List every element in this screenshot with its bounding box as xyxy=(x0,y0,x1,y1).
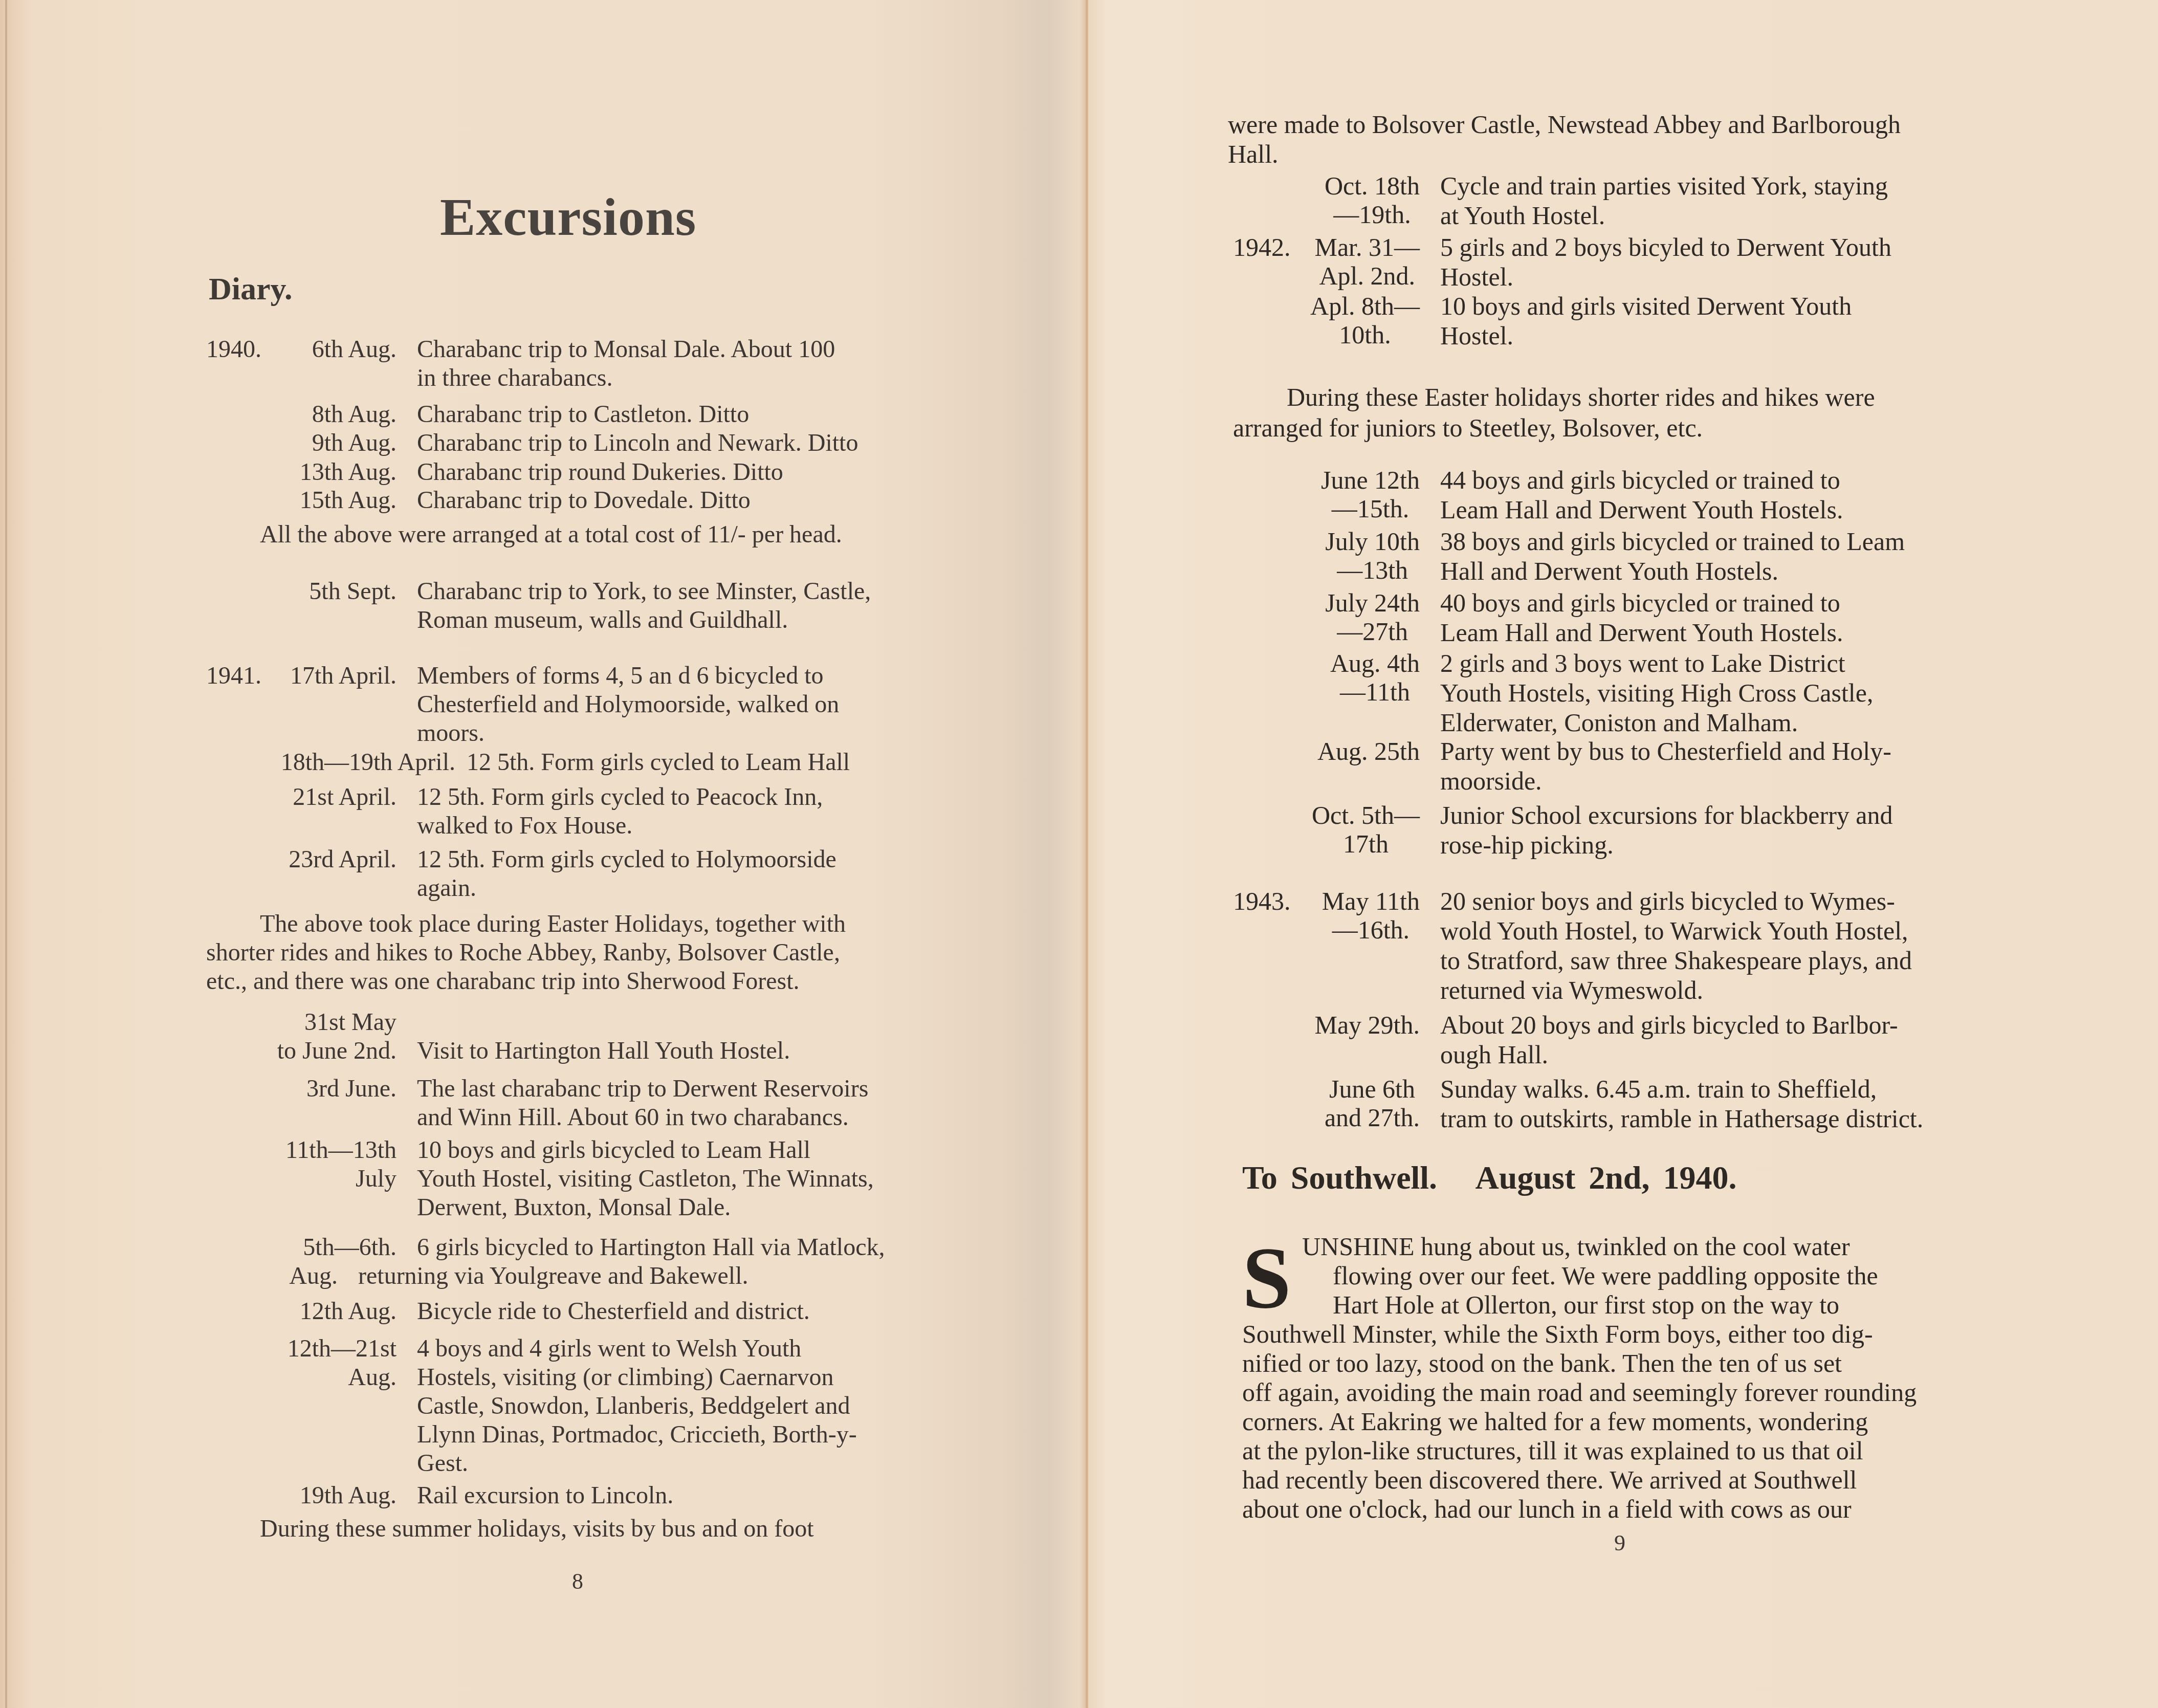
entry-date: July 10th —13th xyxy=(1325,527,1420,584)
entry-date: June 12th —15th. xyxy=(1321,466,1420,523)
story-heading: To Southwell. August 2nd, 1940. xyxy=(1242,1159,1736,1197)
entry-description-line: 12 5th. Form girls cycled to Leam Hall xyxy=(467,748,850,777)
book-edge xyxy=(5,0,7,1708)
entry-date: May 29th. xyxy=(1314,1011,1420,1039)
entry-description-line: at Youth Hostel. xyxy=(1440,201,1605,230)
entry-description-line: Party went by bus to Chesterfield and Ho… xyxy=(1440,737,1891,765)
entry-description-line: moorside. xyxy=(1440,767,1542,795)
entry-description-line: tram to outskirts, ramble in Hathersage … xyxy=(1440,1104,1923,1133)
entry-description-line: 4 boys and 4 girls went to Welsh Youth xyxy=(417,1334,801,1363)
entry-description-line: Castle, Snowdon, Llanberis, Beddgelert a… xyxy=(417,1392,850,1420)
continuation-line: Hall. xyxy=(1228,140,1279,168)
entry-description-line: Charabanc trip to Dovedale. Ditto xyxy=(417,486,751,515)
entry-date: 21st April. xyxy=(293,783,397,812)
entry-description-line: Chesterfield and Holymoorside, walked on xyxy=(417,690,839,719)
entry-description-line: Charabanc trip to Monsal Dale. About 100 xyxy=(417,335,835,364)
entry-description-line: again. xyxy=(417,874,476,903)
entry-description-line: Hall and Derwent Youth Hostels. xyxy=(1440,557,1778,585)
entry-date: June 6th and 27th. xyxy=(1325,1075,1420,1132)
entry-description-line: Charabanc trip to Castleton. Ditto xyxy=(417,400,749,429)
entry-description-line: Youth Hostel, visiting Castleton, The Wi… xyxy=(417,1165,874,1193)
entry-description-line: 44 boys and girls bicycled or trained to xyxy=(1440,466,1840,494)
entry-year: 1941. xyxy=(206,662,261,690)
entry-date: Mar. 31— Apl. 2nd. xyxy=(1314,233,1420,290)
entry-description-line: to Stratford, saw three Shakespeare play… xyxy=(1440,946,1912,975)
entry-description-line: Charabanc trip round Dukeries. Ditto xyxy=(417,458,783,487)
story-line: corners. At Eakring we halted for a few … xyxy=(1242,1407,1868,1436)
entry-description-line: Bicycle ride to Chesterfield and distric… xyxy=(417,1297,810,1326)
continuation-line: were made to Bolsover Castle, Newstead A… xyxy=(1228,110,1901,139)
entry-date: Aug. 25th xyxy=(1317,737,1420,765)
entry-description-line: returning via Youlgreave and Bakewell. xyxy=(358,1262,748,1290)
paragraph-line: etc., and there was one charabanc trip i… xyxy=(206,967,800,996)
entry-date: Aug. 4th —11th xyxy=(1330,649,1420,706)
entry-description-line: 5 girls and 2 boys bicyled to Derwent Yo… xyxy=(1440,233,1891,261)
entry-description-line: rose-hip picking. xyxy=(1440,830,1614,859)
page-number-right: 9 xyxy=(1614,1530,1625,1556)
entry-description-line: 6 girls bicycled to Hartington Hall via … xyxy=(417,1233,885,1262)
entry-description-line: and Winn Hill. About 60 in two charabanc… xyxy=(417,1103,849,1132)
paragraph-line: The above took place during Easter Holid… xyxy=(260,910,846,938)
entry-date: Apl. 8th— 10th. xyxy=(1310,292,1420,349)
entry-date: 5th Sept. xyxy=(309,577,397,606)
entry-description-line: returned via Wymeswold. xyxy=(1440,976,1703,1004)
entry-date: 15th Aug. xyxy=(300,486,397,515)
entry-description-line: wold Youth Hostel, to Warwick Youth Host… xyxy=(1440,916,1908,945)
entry-date: 6th Aug. xyxy=(312,335,397,364)
story-line: about one o'clock, had our lunch in a fi… xyxy=(1242,1495,1852,1523)
entry-description-line: 40 boys and girls bicycled or trained to xyxy=(1440,588,1840,617)
entry-description-line: 20 senior boys and girls bicycled to Wym… xyxy=(1440,887,1895,915)
section-heading-diary: Diary. xyxy=(209,271,293,308)
entry-date: 23rd April. xyxy=(289,845,397,874)
entry-description-line: Gest. xyxy=(417,1449,468,1478)
entry-date: 17th April. xyxy=(290,662,397,690)
story-line: UNSHINE hung about us, twinkled on the c… xyxy=(1302,1232,1850,1261)
entry-date: 18th—19th April. xyxy=(281,748,455,777)
entry-date: 8th Aug. xyxy=(312,400,397,429)
entry-description-line: Leam Hall and Derwent Youth Hostels. xyxy=(1440,495,1843,524)
entry-description-line: The last charabanc trip to Derwent Reser… xyxy=(417,1075,868,1103)
entry-description-line: Cycle and train parties visited York, st… xyxy=(1440,171,1888,200)
entry-description-line: 10 boys and girls visited Derwent Youth xyxy=(1440,292,1852,320)
entry-description-line: Llynn Dinas, Portmadoc, Criccieth, Borth… xyxy=(417,1420,857,1449)
entry-description-line: Youth Hostels, visiting High Cross Castl… xyxy=(1440,678,1873,707)
entry-description-line: 10 boys and girls bicycled to Leam Hall xyxy=(417,1136,810,1165)
entry-description-line: Hostels, visiting (or climbing) Caernarv… xyxy=(417,1363,834,1392)
entry-date: May 11th —16th. xyxy=(1322,887,1420,944)
paragraph-line: shorter rides and hikes to Roche Abbey, … xyxy=(206,938,840,967)
entry-date: 3rd June. xyxy=(306,1075,397,1103)
entry-date: July 24th —27th xyxy=(1325,588,1420,646)
entry-date: 9th Aug. xyxy=(312,429,397,457)
story-line: had recently been discovered there. We a… xyxy=(1242,1465,1857,1494)
entry-date: Oct. 5th— 17th xyxy=(1312,801,1420,858)
entry-date: Oct. 18th —19th. xyxy=(1325,171,1420,229)
story-line: flowing over our feet. We were paddling … xyxy=(1333,1261,1878,1290)
entry-description-line: Hostel. xyxy=(1440,321,1513,350)
entry-description-line: Rail excursion to Lincoln. xyxy=(417,1481,673,1510)
entry-year: 1942. xyxy=(1233,233,1291,261)
entry-description-line: Derwent, Buxton, Monsal Dale. xyxy=(417,1193,731,1222)
entry-description-line: Visit to Hartington Hall Youth Hostel. xyxy=(417,1037,790,1065)
entry-description-line: Roman museum, walls and Guildhall. xyxy=(417,606,788,634)
entry-description-line: Hostel. xyxy=(1440,262,1513,291)
entry-date: 5th—6th. xyxy=(303,1233,397,1262)
entry-date: 11th—13th July xyxy=(285,1136,397,1193)
entry-description-line: 12 5th. Form girls cycled to Peacock Inn… xyxy=(417,783,823,812)
paragraph-line: During these summer holidays, visits by … xyxy=(260,1515,814,1543)
entry-date: 31st May to June 2nd. xyxy=(277,1008,397,1065)
entry-description-line: 2 girls and 3 boys went to Lake District xyxy=(1440,649,1845,677)
entry-description-line: walked to Fox House. xyxy=(417,812,632,840)
story-line: off again, avoiding the main road and se… xyxy=(1242,1378,1917,1407)
diary-note: All the above were arranged at a total c… xyxy=(260,520,842,549)
story-line: Hart Hole at Ollerton, our first stop on… xyxy=(1333,1290,1839,1319)
story-line: at the pylon-like structures, till it wa… xyxy=(1242,1436,1863,1465)
entry-year: 1940. xyxy=(206,335,261,364)
entry-date: 19th Aug. xyxy=(300,1481,397,1510)
entry-description-line: Elderwater, Coniston and Malham. xyxy=(1440,708,1798,737)
paragraph-line: During these Easter holidays shorter rid… xyxy=(1287,383,1875,411)
entry-description-line: Sunday walks. 6.45 a.m. train to Sheffie… xyxy=(1440,1075,1877,1103)
entry-description-line: 12 5th. Form girls cycled to Holymoorsid… xyxy=(417,845,836,874)
entry-description-line: Charabanc trip to York, to see Minster, … xyxy=(417,577,871,606)
book-spine xyxy=(1086,0,1088,1708)
drop-cap: S xyxy=(1242,1234,1291,1322)
entry-description-line: About 20 boys and girls bicycled to Barl… xyxy=(1440,1011,1898,1039)
entry-description-line: Leam Hall and Derwent Youth Hostels. xyxy=(1440,618,1843,647)
page-number-left: 8 xyxy=(572,1568,583,1594)
story-line: Southwell Minster, while the Sixth Form … xyxy=(1242,1320,1873,1348)
entry-date: 12th Aug. xyxy=(300,1297,397,1326)
entry-date: Aug. xyxy=(289,1262,338,1290)
entry-description-line: Charabanc trip to Lincoln and Newark. Di… xyxy=(417,429,858,457)
entry-description-line: Members of forms 4, 5 an d 6 bicycled to xyxy=(417,662,823,690)
entry-description-line: Junior School excursions for blackberry … xyxy=(1440,801,1893,829)
entry-description-line: in three charabancs. xyxy=(417,364,612,392)
entry-year: 1943. xyxy=(1233,887,1291,915)
entry-date: 13th Aug. xyxy=(300,458,397,487)
story-line: nified or too lazy, stood on the bank. T… xyxy=(1242,1349,1842,1377)
paragraph-line: arranged for juniors to Steetley, Bolsov… xyxy=(1233,413,1703,442)
entry-date: 12th—21st Aug. xyxy=(288,1334,397,1392)
entry-description-line: moors. xyxy=(417,719,485,748)
page-title: Excursions xyxy=(440,187,696,248)
entry-description-line: ough Hall. xyxy=(1440,1040,1548,1069)
entry-description-line: 38 boys and girls bicycled or trained to… xyxy=(1440,527,1905,556)
